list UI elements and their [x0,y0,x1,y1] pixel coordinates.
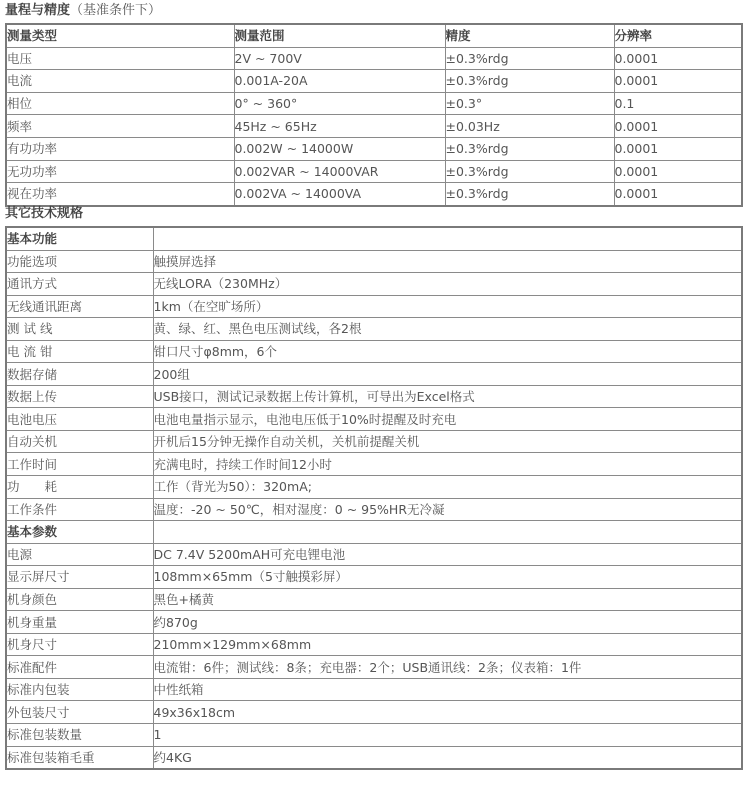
spec-value: 触摸屏选择 [153,250,742,273]
table-cell: 有功功率 [6,137,234,160]
spec-value: 充满电时，持续工作时间12小时 [153,453,742,476]
table-header-row: 测量类型测量范围精度分辨率 [6,24,742,47]
range-title-text: 量程与精度 [5,3,70,18]
spec-row: 外包装尺寸49x36x18cm [6,701,742,724]
table-row: 相位0° ~ 360°±0.3°0.1 [6,92,742,115]
table-cell: 0.0001 [614,183,742,206]
spec-value: 钳口尺寸φ8mm，6个 [153,340,742,363]
column-header: 精度 [445,24,614,47]
table-cell: ±0.3%rdg [445,137,614,160]
table-row: 电流0.001A-20A±0.3%rdg0.0001 [6,70,742,93]
spec-value: 黑色+橘黄 [153,588,742,611]
spec-table: 基本功能功能选项触摸屏选择通讯方式无线LORA（230MHz）无线通讯距离1km… [5,226,743,770]
spec-row: 无线通讯距离1km（在空旷场所） [6,295,742,318]
table-cell: ±0.3%rdg [445,47,614,70]
table-cell: 0.002W ~ 14000W [234,137,445,160]
table-row: 电压2V ~ 700V±0.3%rdg0.0001 [6,47,742,70]
table-row: 视在功率0.002VA ~ 14000VA±0.3%rdg0.0001 [6,183,742,206]
table-row: 频率45Hz ~ 65Hz±0.03Hz0.0001 [6,115,742,138]
table-cell: 相位 [6,92,234,115]
table-cell: 2V ~ 700V [234,47,445,70]
spec-value: 49x36x18cm [153,701,742,724]
table-cell: 0.1 [614,92,742,115]
spec-label: 数据上传 [6,385,153,408]
table-cell: 视在功率 [6,183,234,206]
spec-label: 标准内包装 [6,678,153,701]
spec-row: 工作时间充满电时，持续工作时间12小时 [6,453,742,476]
spec-row: 通讯方式无线LORA（230MHz） [6,273,742,296]
range-title-subtitle: （基准条件下） [70,3,161,18]
spec-row: 功 耗工作（背光为50）：320mA; [6,476,742,499]
spec-label: 标准包装数量 [6,724,153,747]
column-header: 测量类型 [6,24,234,47]
spec-value: 108mm×65mm（5寸触摸彩屏） [153,566,742,589]
table-cell: 0.0001 [614,160,742,183]
table-cell: 0.002VAR ~ 14000VAR [234,160,445,183]
range-accuracy-table: 测量类型测量范围精度分辨率电压2V ~ 700V±0.3%rdg0.0001电流… [5,23,743,207]
spec-value: 200组 [153,363,742,386]
spec-row: 数据存储200组 [6,363,742,386]
spec-label: 数据存储 [6,363,153,386]
column-header: 分辨率 [614,24,742,47]
spec-value: 温度：-20 ~ 50℃，相对湿度：0 ~ 95%HR无冷凝 [153,498,742,521]
spec-label: 外包装尺寸 [6,701,153,724]
table-row: 无功功率0.002VAR ~ 14000VAR±0.3%rdg0.0001 [6,160,742,183]
spec-value: 1km（在空旷场所） [153,295,742,318]
table-cell: ±0.3%rdg [445,70,614,93]
table-cell: 0.002VA ~ 14000VA [234,183,445,206]
spec-row: 功能选项触摸屏选择 [6,250,742,273]
spec-row: 标准包装箱毛重约4KG [6,746,742,769]
spec-value: 电池电量指示显示，电池电压低于10%时提醒及时充电 [153,408,742,431]
spec-value: 开机后15分钟无操作自动关机，关机前提醒关机 [153,430,742,453]
spec-label: 电 流 钳 [6,340,153,363]
spec-row: 电池电压电池电量指示显示，电池电压低于10%时提醒及时充电 [6,408,742,431]
spec-row: 电 流 钳钳口尺寸φ8mm，6个 [6,340,742,363]
spec-row: 数据上传USB接口，测试记录数据上传计算机，可导出为Excel格式 [6,385,742,408]
group-heading-row: 基本功能 [6,227,742,250]
spec-row: 机身颜色黑色+橘黄 [6,588,742,611]
table-row: 有功功率0.002W ~ 14000W±0.3%rdg0.0001 [6,137,742,160]
spec-label: 机身重量 [6,611,153,634]
spec-row: 机身重量约870g [6,611,742,634]
spec-value: DC 7.4V 5200mAH可充电锂电池 [153,543,742,566]
table-cell: 0° ~ 360° [234,92,445,115]
spec-value: 1 [153,724,742,747]
spec-section-title: 其它技术规格 [5,205,83,223]
spec-row: 显示屏尺寸108mm×65mm（5寸触摸彩屏） [6,566,742,589]
table-cell: ±0.3%rdg [445,183,614,206]
spec-label: 工作条件 [6,498,153,521]
column-header: 测量范围 [234,24,445,47]
spec-value: 工作（背光为50）：320mA; [153,476,742,499]
spec-label: 通讯方式 [6,273,153,296]
table-cell: 0.0001 [614,115,742,138]
spec-label: 功能选项 [6,250,153,273]
spec-value: USB接口，测试记录数据上传计算机，可导出为Excel格式 [153,385,742,408]
spec-row: 测 试 线黄、绿、红、黑色电压测试线，各2根 [6,318,742,341]
spec-value: 约870g [153,611,742,634]
group-heading: 基本参数 [6,521,153,544]
spec-label: 自动关机 [6,430,153,453]
spec-value: 210mm×129mm×68mm [153,633,742,656]
spec-row: 标准包装数量1 [6,724,742,747]
table-cell: 0.001A-20A [234,70,445,93]
spec-row: 标准配件电流钳：6件；测试线：8条；充电器：2个；USB通讯线：2条；仪表箱：1… [6,656,742,679]
spec-row: 标准内包装中性纸箱 [6,678,742,701]
table-cell: ±0.3%rdg [445,160,614,183]
spec-label: 标准包装箱毛重 [6,746,153,769]
spec-label: 显示屏尺寸 [6,566,153,589]
spec-label: 电源 [6,543,153,566]
spec-label: 机身尺寸 [6,633,153,656]
spec-value: 电流钳：6件；测试线：8条；充电器：2个；USB通讯线：2条；仪表箱：1件 [153,656,742,679]
spec-label: 电池电压 [6,408,153,431]
table-cell: 电流 [6,70,234,93]
table-cell: 45Hz ~ 65Hz [234,115,445,138]
spec-label: 标准配件 [6,656,153,679]
table-cell: 0.0001 [614,70,742,93]
table-cell: 频率 [6,115,234,138]
spec-row: 机身尺寸210mm×129mm×68mm [6,633,742,656]
table-cell: ±0.03Hz [445,115,614,138]
empty-cell [153,227,742,250]
table-cell: 无功功率 [6,160,234,183]
spec-label: 测 试 线 [6,318,153,341]
table-cell: 0.0001 [614,47,742,70]
spec-label: 无线通讯距离 [6,295,153,318]
range-section-title: 量程与精度（基准条件下） [5,2,161,20]
spec-row: 工作条件温度：-20 ~ 50℃，相对湿度：0 ~ 95%HR无冷凝 [6,498,742,521]
group-heading: 基本功能 [6,227,153,250]
spec-row: 自动关机开机后15分钟无操作自动关机，关机前提醒关机 [6,430,742,453]
spec-label: 功 耗 [6,476,153,499]
spec-label: 机身颜色 [6,588,153,611]
table-cell: ±0.3° [445,92,614,115]
empty-cell [153,521,742,544]
table-cell: 电压 [6,47,234,70]
spec-row: 电源DC 7.4V 5200mAH可充电锂电池 [6,543,742,566]
spec-value: 黄、绿、红、黑色电压测试线，各2根 [153,318,742,341]
spec-value: 约4KG [153,746,742,769]
table-cell: 0.0001 [614,137,742,160]
spec-value: 中性纸箱 [153,678,742,701]
spec-value: 无线LORA（230MHz） [153,273,742,296]
group-heading-row: 基本参数 [6,521,742,544]
spec-label: 工作时间 [6,453,153,476]
